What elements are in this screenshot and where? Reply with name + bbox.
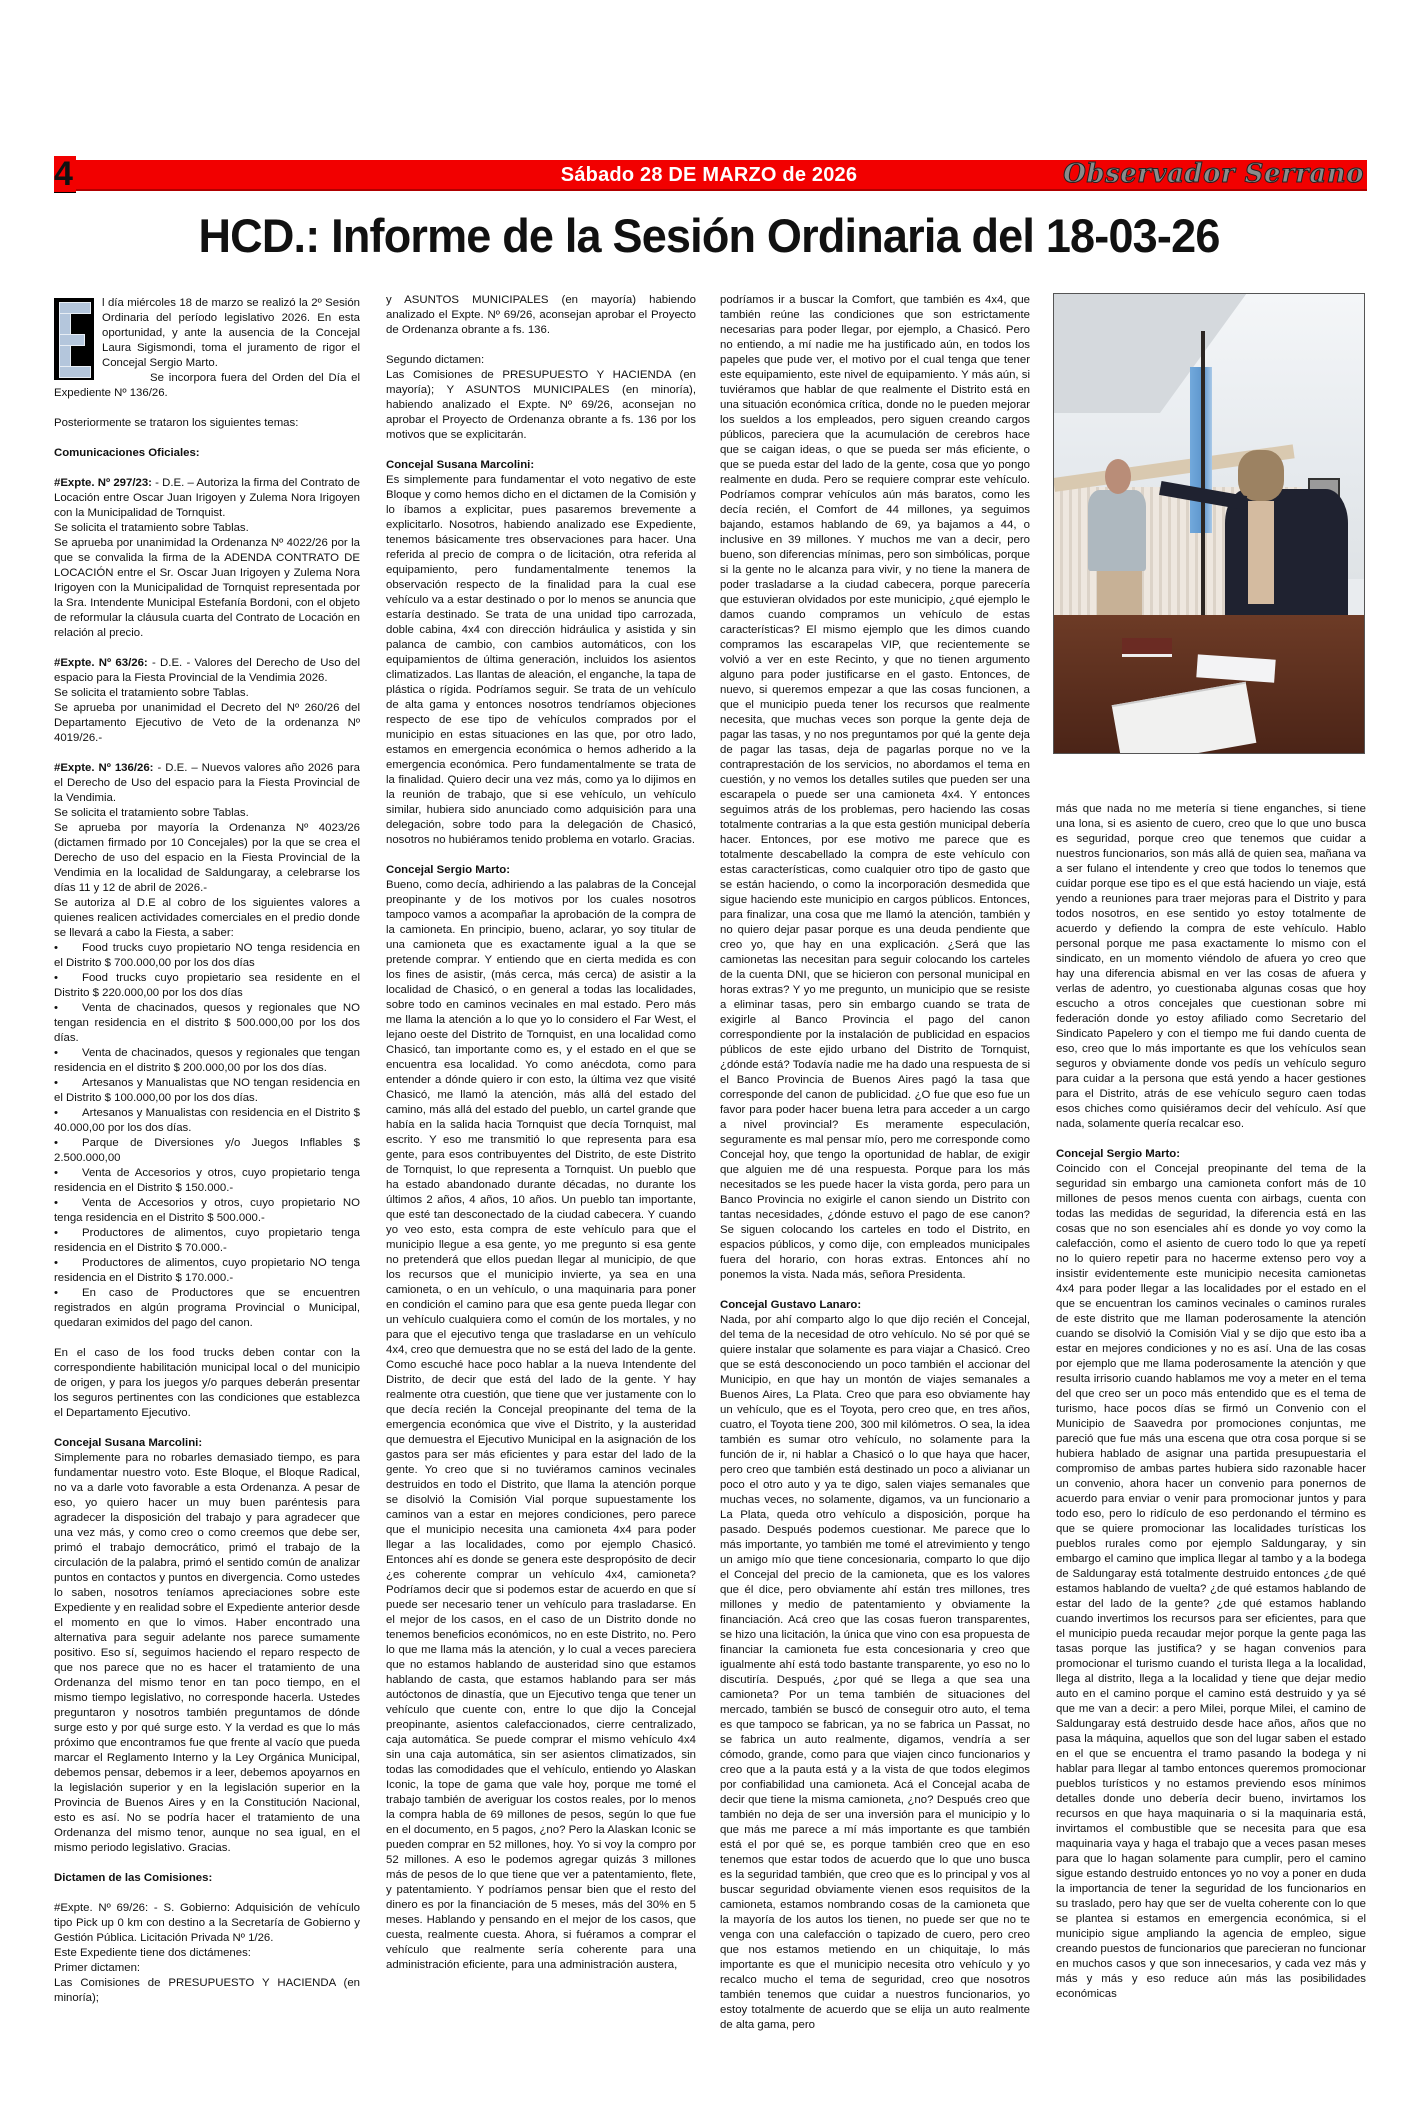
- fee-list-item: •Food trucks cuyo propietario sea reside…: [54, 971, 360, 1001]
- fee-text: Food trucks cuyo propietario sea residen…: [54, 972, 360, 999]
- bullet-icon: •: [54, 1046, 82, 1061]
- speaker-statement: Es simplemente para fundamentar el voto …: [386, 473, 696, 848]
- expte-69-26: #Expte. Nº 69/26: - S. Gobierno: Adquisi…: [54, 1901, 360, 1946]
- article-column-2: y ASUNTOS MUNICIPALES (en mayoría) habie…: [386, 293, 696, 1973]
- fee-list-item: •Artesanos y Manualistas con residencia …: [54, 1106, 360, 1136]
- fee-list-item: •Parque de Diversiones y/o Juegos Inflab…: [54, 1136, 360, 1166]
- expte-autoriza: Se autoriza al D.E al cobro de los sigui…: [54, 896, 360, 941]
- dropcap-letter-e: [54, 298, 94, 380]
- bullet-icon: •: [54, 1001, 82, 1016]
- bullet-icon: •: [54, 971, 82, 986]
- bullet-icon: •: [54, 941, 82, 956]
- speaker-statement: Nada, por ahí comparto algo lo que dijo …: [720, 1313, 1030, 2033]
- speaker-statement-continuation: más que nada no me metería si tiene enga…: [1056, 802, 1366, 1132]
- expte-63-26: #Expte. Nº 63/26: - D.E. - Valores del D…: [54, 656, 360, 686]
- speaker-name: Concejal Susana Marcolini:: [386, 459, 534, 471]
- fee-list-item: •Venta de chacinados, quesos y regionale…: [54, 1046, 360, 1076]
- expte-tablas: Se solicita el tratamiento sobre Tablas.: [54, 806, 360, 821]
- fee-text: Venta de Accesorios y otros, cuyo propie…: [54, 1167, 360, 1194]
- bullet-icon: •: [54, 1256, 82, 1271]
- fee-list: •Food trucks cuyo propietario NO tenga r…: [54, 941, 360, 1331]
- dictamen-continuation: y ASUNTOS MUNICIPALES (en mayoría) habie…: [386, 293, 696, 338]
- intro-paragraph-2: Se incorpora fuera del Orden del Día el …: [54, 371, 360, 401]
- primer-dictamen-text: Las Comisiones de PRESUPUESTO Y HACIENDA…: [54, 1976, 360, 2006]
- article-column-1: l día miércoles 18 de marzo se realizó l…: [54, 296, 360, 2006]
- fee-text: Artesanos y Manualistas con residencia e…: [54, 1107, 360, 1134]
- fee-text: Parque de Diversiones y/o Juegos Inflabl…: [54, 1137, 360, 1164]
- section-heading-dictamen: Dictamen de las Comisiones:: [54, 1872, 212, 1884]
- speaker-statement-continuation: podríamos ir a buscar la Comfort, que ta…: [720, 293, 1030, 1283]
- fee-list-item: •Venta de chacinados, quesos y regionale…: [54, 1001, 360, 1046]
- expte-dictamenes: Este Expediente tiene dos dictámenes:: [54, 1946, 360, 1961]
- bullet-icon: •: [54, 1196, 82, 1211]
- fee-list-item: •Productores de alimentos, cuyo propieta…: [54, 1256, 360, 1286]
- speaker-statement: Simplemente para no robarles demasiado t…: [54, 1451, 360, 1856]
- expte-label: #Expte. Nº 63/26:: [54, 657, 148, 669]
- fee-text: Venta de Accesorios y otros, cuyo propie…: [54, 1197, 360, 1224]
- fee-list-item: •Productores de alimentos, cuyo propieta…: [54, 1226, 360, 1256]
- expte-tablas: Se solicita el tratamiento sobre Tablas.: [54, 686, 360, 701]
- foodtrucks-note: En el caso de los food trucks deben cont…: [54, 1346, 360, 1421]
- speaker-name: Concejal Gustavo Lanaro:: [720, 1299, 861, 1311]
- expte-label: #Expte. Nº 136/26:: [54, 762, 153, 774]
- bullet-icon: •: [54, 1106, 82, 1121]
- fee-list-item: •Artesanos y Manualistas que NO tengan r…: [54, 1076, 360, 1106]
- article-column-4: más que nada no me metería si tiene enga…: [1056, 802, 1366, 2002]
- fee-text: Venta de chacinados, quesos y regionales…: [54, 1047, 360, 1074]
- speaker-statement: Coincido con el Concejal preopinante del…: [1056, 1162, 1366, 2002]
- fee-text: Venta de chacinados, quesos y regionales…: [54, 1002, 360, 1044]
- intro-paragraph: l día miércoles 18 de marzo se realizó l…: [54, 296, 360, 371]
- expte-136-26: #Expte. Nº 136/26: - D.E. – Nuevos valor…: [54, 761, 360, 806]
- fee-text: Food trucks cuyo propietario NO tenga re…: [54, 942, 360, 969]
- article-headline: HCD.: Informe de la Sesión Ordinaria del…: [0, 207, 1418, 266]
- speaker-statement: Bueno, como decía, adhiriendo a las pala…: [386, 878, 696, 1973]
- book-icon: [1122, 638, 1172, 657]
- bullet-icon: •: [54, 1076, 82, 1091]
- expte-result: Se aprueba por unanimidad el Decreto del…: [54, 701, 360, 746]
- primer-dictamen-label: Primer dictamen:: [54, 1961, 360, 1976]
- bullet-icon: •: [54, 1166, 82, 1181]
- speaker-name: Concejal Susana Marcolini:: [54, 1437, 202, 1449]
- section-heading-comunicaciones: Comunicaciones Oficiales:: [54, 447, 200, 459]
- posterior-text: Posteriormente se trataron los siguiente…: [54, 416, 360, 431]
- bullet-icon: •: [54, 1136, 82, 1151]
- fee-text: Artesanos y Manualistas que NO tengan re…: [54, 1077, 360, 1104]
- photo-swearing-in-icon: [1053, 293, 1365, 754]
- expte-tablas: Se solicita el tratamiento sobre Tablas.: [54, 521, 360, 536]
- segundo-dictamen-text: Las Comisiones de PRESUPUESTO Y HACIENDA…: [386, 368, 696, 443]
- fee-list-item: •En caso de Productores que se encuentre…: [54, 1286, 360, 1331]
- speaker-name: Concejal Sergio Marto:: [386, 864, 510, 876]
- fee-text: En caso de Productores que se encuentren…: [54, 1287, 360, 1329]
- bullet-icon: •: [54, 1226, 82, 1241]
- fee-text: Productores de alimentos, cuyo propietar…: [54, 1257, 360, 1284]
- fee-text: Productores de alimentos, cuyo propietar…: [54, 1227, 360, 1254]
- article-column-3: podríamos ir a buscar la Comfort, que ta…: [720, 293, 1030, 2033]
- expte-297-23: #Expte. Nº 297/23: - D.E. – Autoriza la …: [54, 476, 360, 521]
- fee-list-item: •Venta de Accesorios y otros, cuyo propi…: [54, 1166, 360, 1196]
- expte-result: Se aprueba por unanimidad la Ordenanza N…: [54, 536, 360, 641]
- bullet-icon: •: [54, 1286, 82, 1301]
- expte-label: #Expte. Nº 297/23:: [54, 477, 152, 489]
- speaker-name: Concejal Sergio Marto:: [1056, 1148, 1180, 1160]
- masthead-logo: Observador Serrano: [1063, 158, 1364, 190]
- fee-list-item: •Venta de Accesorios y otros, cuyo propi…: [54, 1196, 360, 1226]
- segundo-dictamen-label: Segundo dictamen:: [386, 353, 696, 368]
- fee-list-item: •Food trucks cuyo propietario NO tenga r…: [54, 941, 360, 971]
- expte-result: Se aprueba por mayoría la Ordenanza Nº 4…: [54, 821, 360, 896]
